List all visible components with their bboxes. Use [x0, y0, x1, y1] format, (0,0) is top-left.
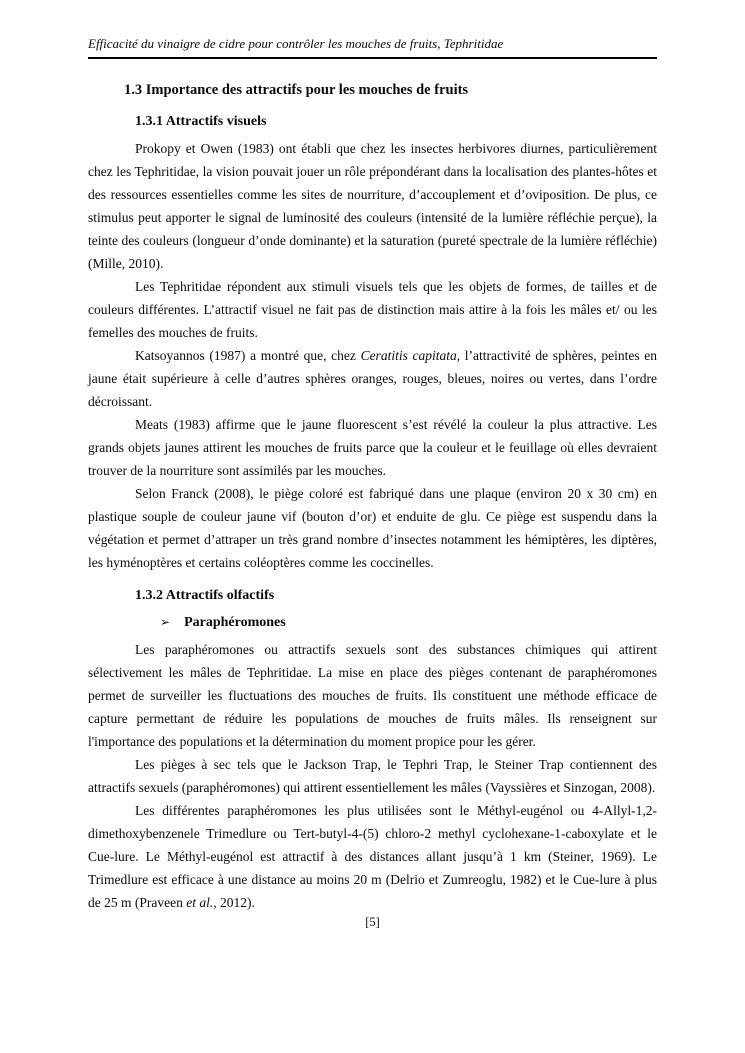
paragraph-prokopy: Prokopy et Owen (1983) ont établi que ch…	[88, 137, 657, 275]
body-text: Les Tephritidae répondent aux stimuli vi…	[88, 279, 657, 340]
page-number: [5]	[365, 915, 380, 929]
italic-text: et al.	[186, 895, 213, 910]
paragraph-franck: Selon Franck (2008), le piège coloré est…	[88, 482, 657, 574]
heading-1-3: 1.3 Importance des attractifs pour les m…	[124, 80, 657, 100]
paragraph-stimuli-visuels: Les Tephritidae répondent aux stimuli vi…	[88, 275, 657, 344]
body-text: , 2012).	[213, 895, 255, 910]
heading-1-3-2: 1.3.2 Attractifs olfactifs	[135, 586, 657, 605]
italic-text: Ceratitis capitata,	[361, 348, 461, 363]
body-text: Les différentes paraphéromones les plus …	[88, 803, 657, 910]
body-text: Katsoyannos (1987) a montré que, chez	[135, 348, 361, 363]
bullet-label: Paraphéromones	[184, 615, 286, 630]
body-text: Meats (1983) affirme que le jaune fluore…	[88, 417, 657, 478]
paragraph-parapheromones-def: Les paraphéromones ou attractifs sexuels…	[88, 638, 657, 753]
bullet-parapheromones: ➢Paraphéromones	[160, 611, 657, 634]
running-header: Efficacité du vinaigre de cidre pour con…	[88, 0, 657, 59]
arrow-bullet-icon: ➢	[160, 615, 170, 629]
paragraph-parapheromones-types: Les différentes paraphéromones les plus …	[88, 799, 657, 914]
body-text: Les paraphéromones ou attractifs sexuels…	[88, 642, 657, 749]
page-footer: [5]	[88, 915, 657, 930]
body-text: Prokopy et Owen (1983) ont établi que ch…	[88, 141, 657, 271]
document-body: 1.3 Importance des attractifs pour les m…	[88, 80, 657, 914]
paragraph-katsoyannos: Katsoyannos (1987) a montré que, chez Ce…	[88, 344, 657, 413]
running-header-title: Efficacité du vinaigre de cidre pour con…	[88, 36, 503, 51]
document-page: Efficacité du vinaigre de cidre pour con…	[0, 0, 745, 1053]
paragraph-pieges-a-sec: Les pièges à sec tels que le Jackson Tra…	[88, 753, 657, 799]
body-text: Selon Franck (2008), le piège coloré est…	[88, 486, 657, 570]
heading-1-3-1: 1.3.1 Attractifs visuels	[135, 112, 657, 131]
body-text: Les pièges à sec tels que le Jackson Tra…	[88, 757, 657, 795]
paragraph-meats: Meats (1983) affirme que le jaune fluore…	[88, 413, 657, 482]
